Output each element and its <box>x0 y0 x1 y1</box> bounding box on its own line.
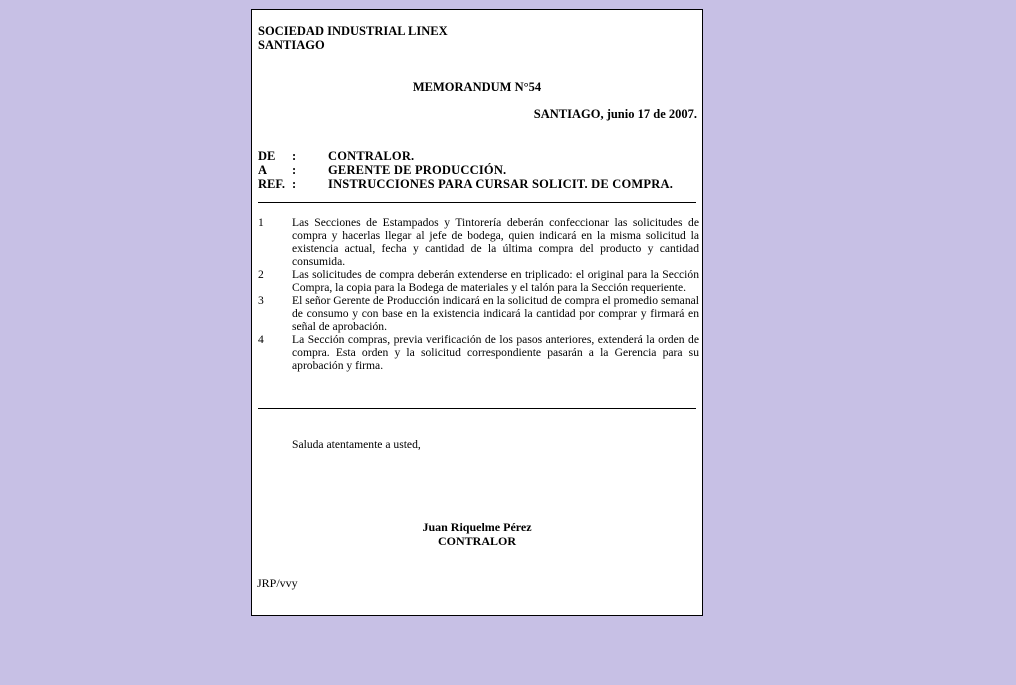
date-line: SANTIAGO, junio 17 de 2007. <box>534 107 697 122</box>
reference-initials: JRP/vvy <box>257 576 298 591</box>
header-value: CONTRALOR. <box>328 149 414 163</box>
letterhead: SOCIEDAD INDUSTRIAL LINEX SANTIAGO <box>258 24 448 52</box>
company-name: SOCIEDAD INDUSTRIAL LINEX <box>258 24 448 38</box>
divider-top <box>258 202 696 203</box>
item-number: 1 <box>258 216 292 268</box>
item-number: 3 <box>258 294 292 333</box>
item-number: 4 <box>258 333 292 372</box>
memo-title-text: MEMORANDUM N°54 <box>413 80 541 94</box>
memo-page: SOCIEDAD INDUSTRIAL LINEX SANTIAGO MEMOR… <box>251 9 703 616</box>
item-text: El señor Gerente de Producción indicará … <box>292 294 699 333</box>
header-label: A <box>258 163 292 177</box>
header-value: GERENTE DE PRODUCCIÓN. <box>328 163 506 177</box>
closing-line: Saluda atentamente a usted, <box>292 438 421 451</box>
list-item: 1 Las Secciones de Estampados y Tintorer… <box>258 216 699 268</box>
company-city: SANTIAGO <box>258 38 448 52</box>
list-item: 2 Las solicitudes de compra deberán exte… <box>258 268 699 294</box>
item-text: La Sección compras, previa verificación … <box>292 333 699 372</box>
signature-title: CONTRALOR <box>252 534 702 548</box>
list-item: 4 La Sección compras, previa verificació… <box>258 333 699 372</box>
header-separator: : <box>292 177 328 191</box>
header-value: INSTRUCCIONES PARA CURSAR SOLICIT. DE CO… <box>328 177 673 191</box>
list-item: 3 El señor Gerente de Producción indicar… <box>258 294 699 333</box>
header-row-from: DE : CONTRALOR. <box>258 149 673 163</box>
header-row-ref: REF. : INSTRUCCIONES PARA CURSAR SOLICIT… <box>258 177 673 191</box>
item-number: 2 <box>258 268 292 294</box>
header-separator: : <box>292 149 328 163</box>
memo-header: DE : CONTRALOR. A : GERENTE DE PRODUCCIÓ… <box>258 149 673 191</box>
header-row-to: A : GERENTE DE PRODUCCIÓN. <box>258 163 673 177</box>
header-separator: : <box>292 163 328 177</box>
memo-title: MEMORANDUM N°54 <box>252 80 702 95</box>
instruction-list: 1 Las Secciones de Estampados y Tintorer… <box>258 216 699 372</box>
signature-name: Juan Riquelme Pérez <box>252 520 702 534</box>
header-label: DE <box>258 149 292 163</box>
item-text: Las solicitudes de compra deberán extend… <box>292 268 699 294</box>
header-label: REF. <box>258 177 292 191</box>
item-text: Las Secciones de Estampados y Tintorería… <box>292 216 699 268</box>
divider-bottom <box>258 408 696 409</box>
signature-block: Juan Riquelme Pérez CONTRALOR <box>252 520 702 548</box>
